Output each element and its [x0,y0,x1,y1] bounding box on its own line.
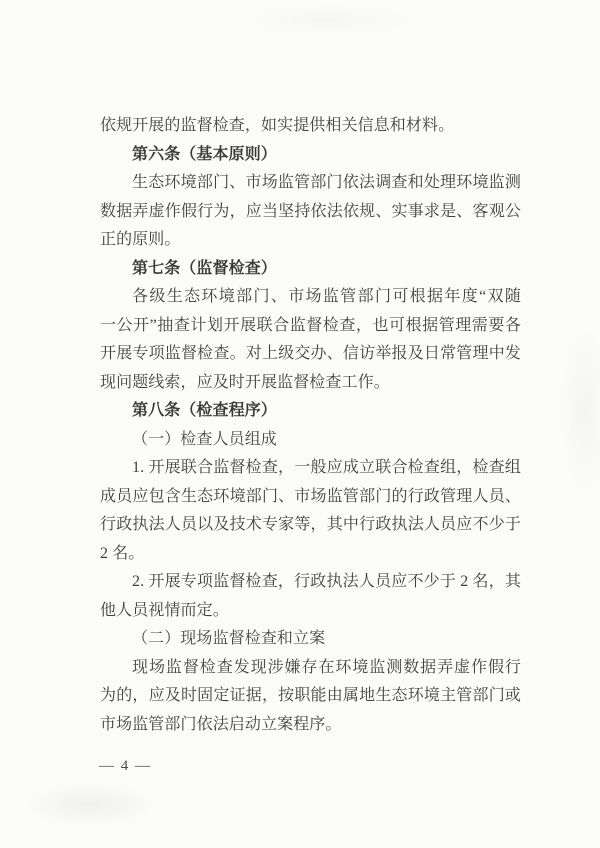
text-line: 一公开”抽查计划开展联合监督检查，也可根据管理需要各自 [100,312,521,341]
text-line: 正的原则。 [100,226,521,255]
scan-artifact [0,775,180,835]
text-line: 行政执法人员以及技术专家等，其中行政执法人员应不少于 [100,511,521,540]
text-line: 1. 开展联合监督检查，一般应成立联合检查组，检查组 [100,454,521,483]
text-line: 依规开展的监督检查，如实提供相关信息和材料。 [100,112,521,141]
sub-heading: （二）现场监督检查和立案 [100,625,521,654]
text-line: 为的，应及时固定证据，按职能由属地生态环境主管部门或 [100,682,521,711]
text-line: 他人员视情而定。 [100,597,521,626]
text-line: 数据弄虚作假行为，应当坚持依法依规、实事求是、客观公 [100,198,521,227]
page-number: — 4 — [99,758,152,775]
scan-artifact [220,0,440,40]
text-line: 市场监管部门依法启动立案程序。 [100,711,521,740]
scanned-document-page: 依规开展的监督检查，如实提供相关信息和材料。第六条（基本原则）生态环境部门、市场… [0,0,600,848]
text-line: 现问题线索，应及时开展监督检查工作。 [100,369,521,398]
text-line: 开展专项监督检查。对上级交办、信访举报及日常管理中发 [100,340,521,369]
scan-artifact [555,300,600,520]
text-line: 现场监督检查发现涉嫌存在环境监测数据弄虚作假行 [100,654,521,683]
article-heading: 第七条（监督检查） [100,255,521,284]
text-line: 2. 开展专项监督检查，行政执法人员应不少于 2 名，其 [100,568,521,597]
article-heading: 第六条（基本原则） [100,141,521,170]
text-line: 生态环境部门、市场监管部门依法调查和处理环境监测 [100,169,521,198]
sub-heading: （一）检查人员组成 [100,426,521,455]
text-line: 各级生态环境部门、市场监管部门可根据年度“双随机、 [100,283,521,312]
text-line: 成员应包含生态环境部门、市场监管部门的行政管理人员、 [100,483,521,512]
document-body: 依规开展的监督检查，如实提供相关信息和材料。第六条（基本原则）生态环境部门、市场… [100,112,521,739]
article-heading: 第八条（检查程序） [100,397,521,426]
text-line: 2 名。 [100,540,521,569]
